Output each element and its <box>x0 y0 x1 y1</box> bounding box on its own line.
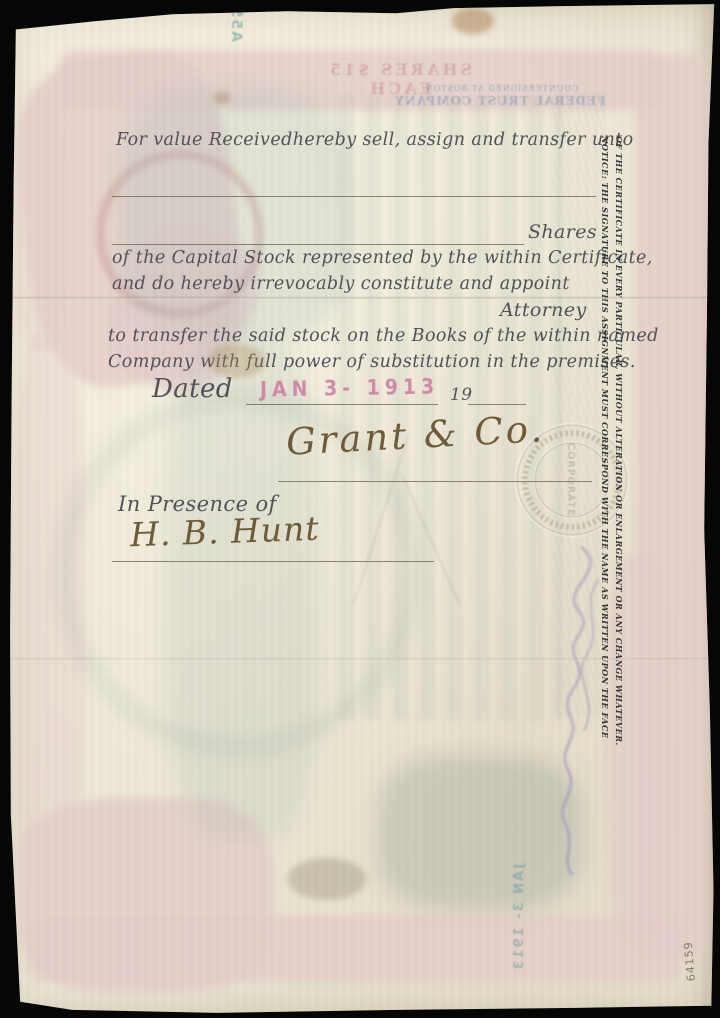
fold-crease-lower <box>0 658 720 661</box>
transfer-books-clause: to transfer the said stock on the Books … <box>108 326 659 346</box>
dated-label: Dated <box>152 374 233 404</box>
date-blank-line[interactable] <box>246 404 438 405</box>
capital-stock-clause: of the Capital Stock represented by the … <box>112 248 653 268</box>
signature-line[interactable] <box>278 481 592 482</box>
notice-line-1: NOTICE: THE SIGNATURE TO THIS ASSIGNMENT… <box>598 136 612 606</box>
substitution-clause: Company with full power of substitution … <box>108 352 636 372</box>
rust-stain <box>452 8 494 34</box>
for-value-received-text: For value Received <box>116 130 293 150</box>
fold-crease-upper <box>0 297 720 300</box>
border-ornament-left <box>14 330 84 890</box>
sell-assign-transfer-text: hereby sell, assign and transfer unto <box>293 130 634 150</box>
shares-count-line[interactable] <box>112 244 524 245</box>
tan-stain <box>208 344 266 378</box>
witness-signature: H. B. Hunt <box>129 509 320 555</box>
transferee-name-line[interactable] <box>112 196 596 197</box>
signature-notice: NOTICE: THE SIGNATURE TO THIS ASSIGNMENT… <box>598 136 626 606</box>
certificate-paper: SHARES $15 EACH A5523 COUNTERSIGNED AT B… <box>0 0 720 1018</box>
year-prefix: 19 <box>450 385 472 405</box>
seal-center-text: CORPORATE <box>565 443 576 517</box>
smudge-stain <box>288 858 366 900</box>
spot-stain <box>214 92 230 104</box>
shares-label: Shares <box>528 221 597 243</box>
assignment-opening-line: For value Received hereby sell, assign a… <box>116 130 596 150</box>
constitute-appoint-clause: and do hereby irrevocably constitute and… <box>112 274 570 294</box>
attorney-label: Attorney <box>500 299 587 321</box>
border-ornament-left-upper <box>14 88 66 350</box>
notice-line-2: OF THE CERTIFICATE IN EVERY PARTICULAR, … <box>612 136 626 606</box>
year-blank-line[interactable] <box>468 404 526 405</box>
scan-background: { "document": { "kind": "stock-certifica… <box>0 0 720 1018</box>
date-stamp: JAN 3- 1913 <box>260 374 440 401</box>
witness-line[interactable] <box>112 561 434 562</box>
